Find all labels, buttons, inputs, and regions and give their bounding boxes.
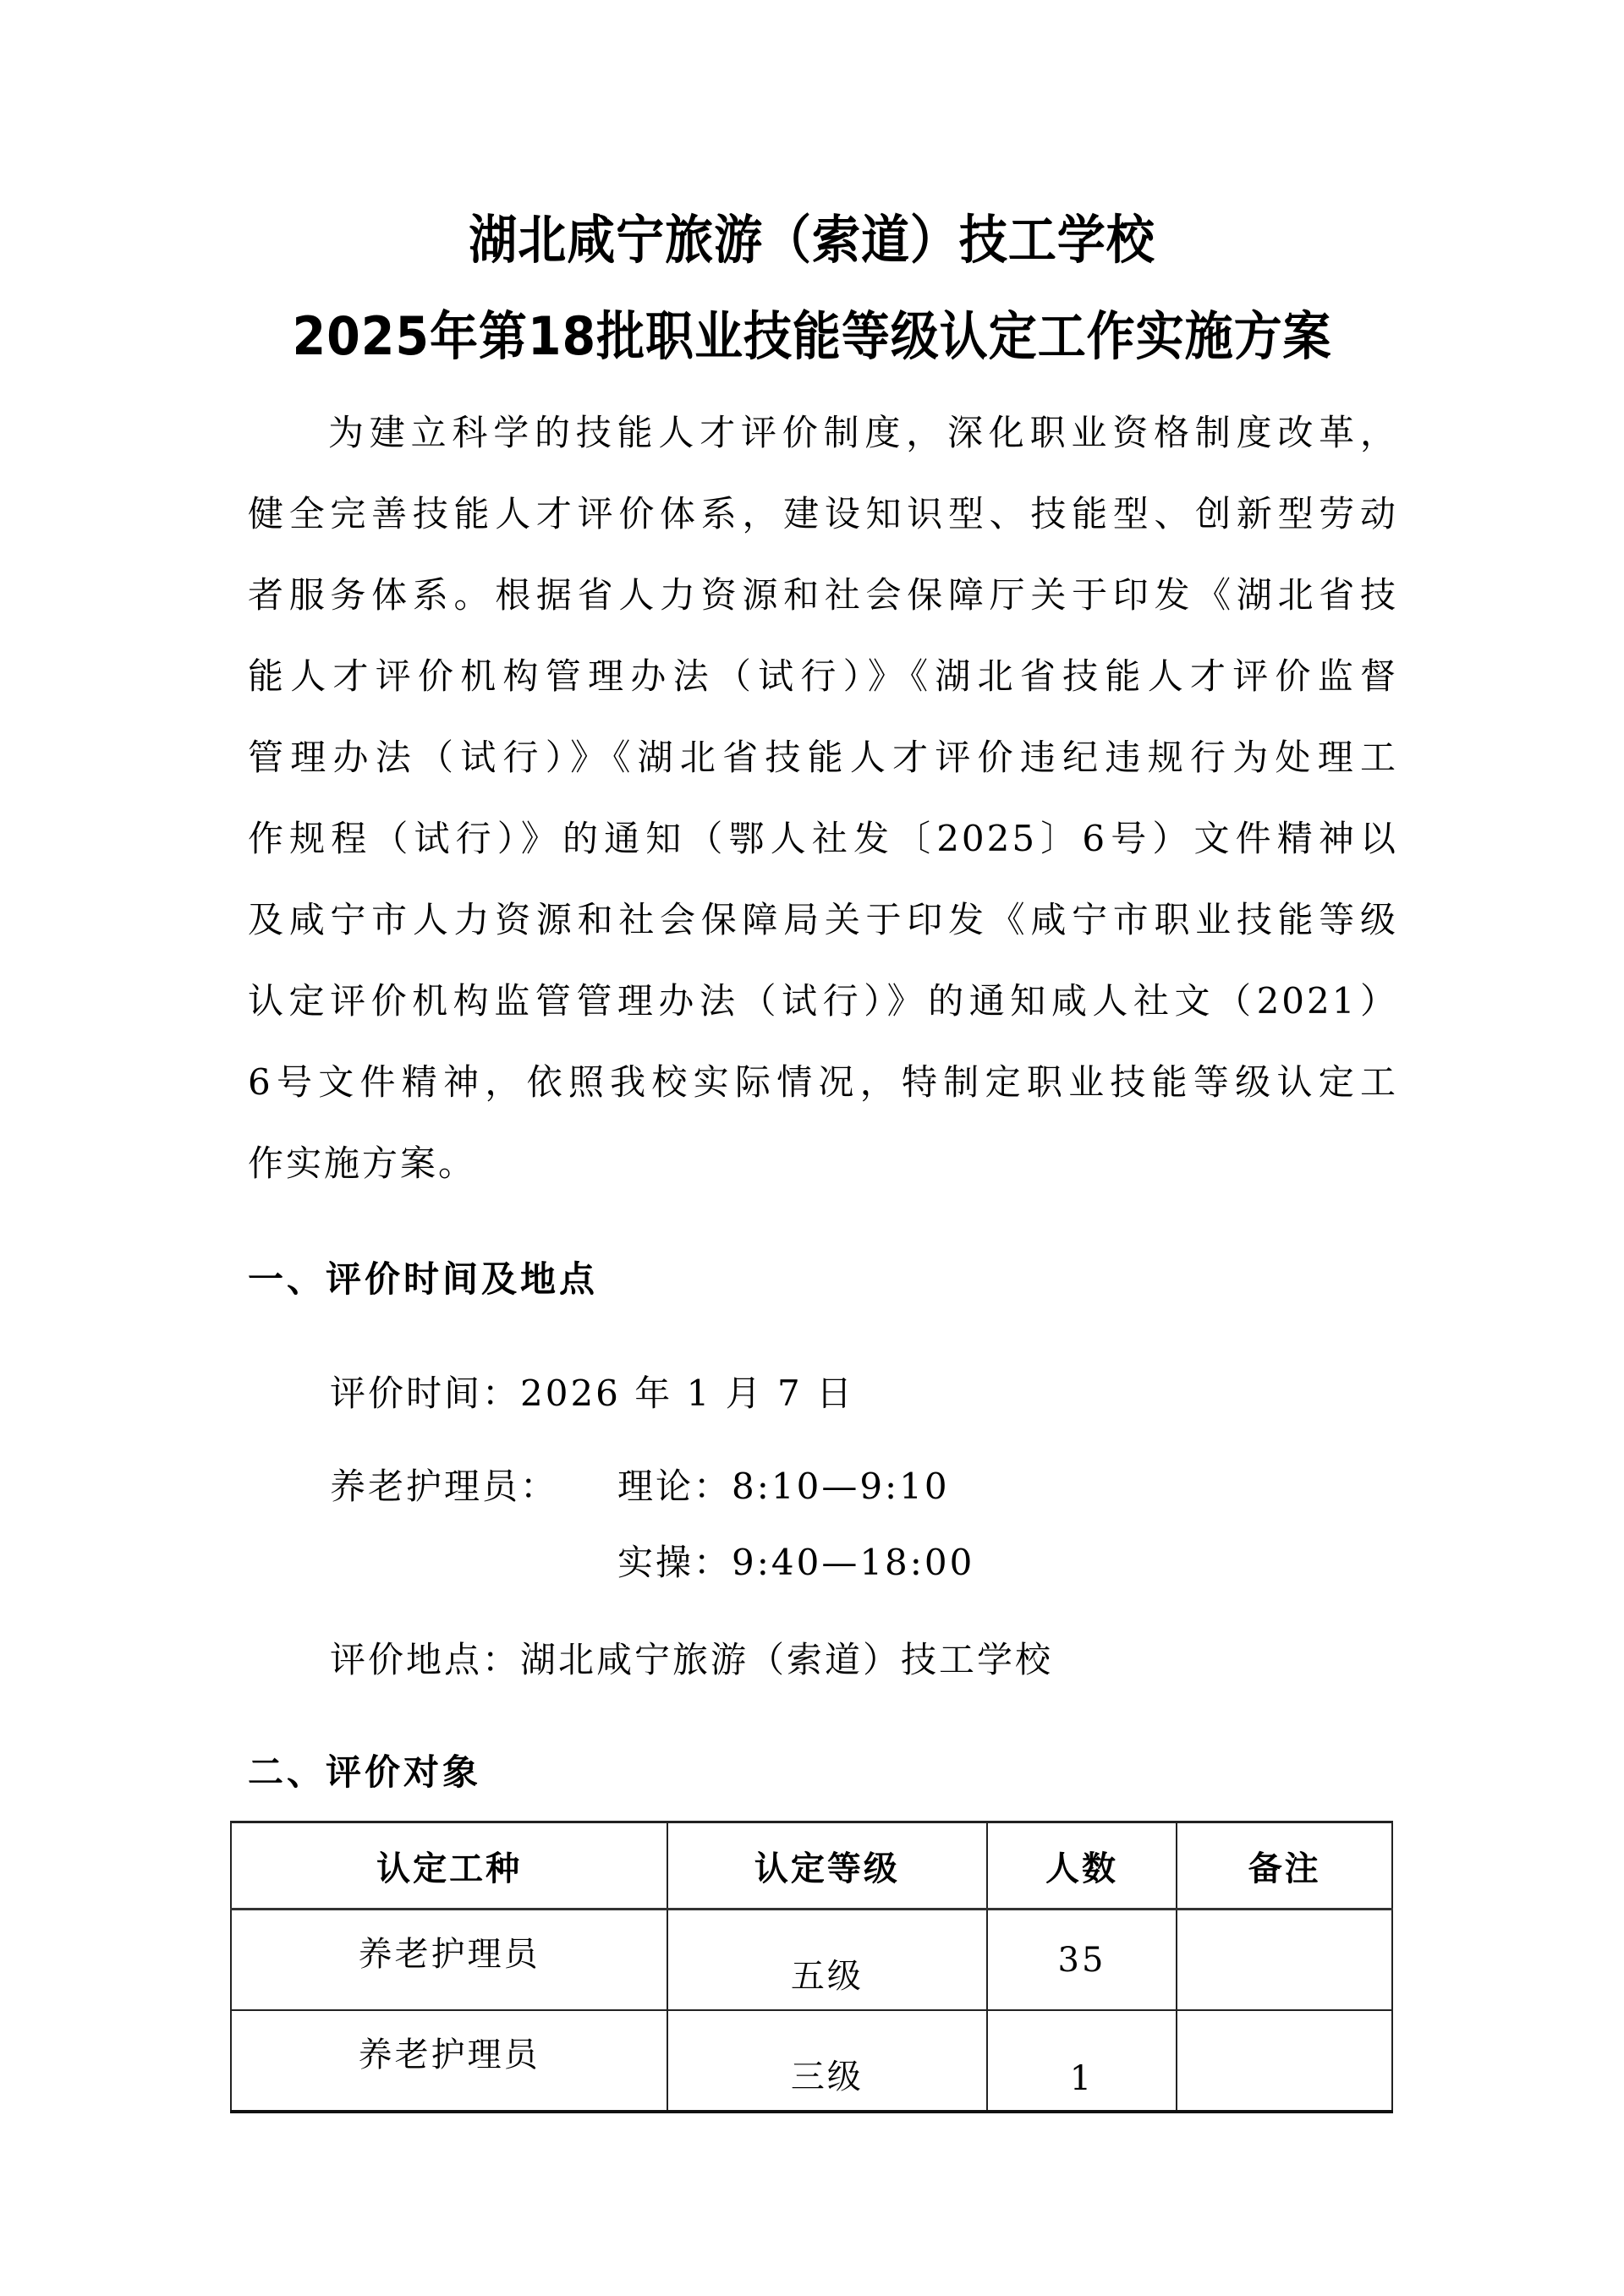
cell-count: 1 (987, 2010, 1177, 2112)
header-count: 人数 (987, 1822, 1177, 1910)
cell-occupation: 养老护理员 (231, 1910, 667, 2011)
intro-line: 者服务体系。根据省人力资源和社会保障厅关于印发《湖北省技 (248, 572, 1398, 619)
cell-level: 三级 (667, 2010, 986, 2112)
cell-remarks (1177, 2010, 1392, 2112)
intro-line: 为建立科学的技能人才评价制度，深化职业资格制度改革， (328, 409, 1398, 457)
evaluation-location: 评价地点：湖北咸宁旅游（索道）技工学校 (330, 1636, 1053, 1684)
intro-line: 6号文件精神，依照我校实际情况，特制定职业技能等级认定工 (248, 1059, 1398, 1106)
occupation-label: 养老护理员： (330, 1463, 558, 1510)
evaluation-target-table: 认定工种 认定等级 人数 备注 养老护理员 五级 35 养老护理员 三级 1 (230, 1821, 1393, 2113)
intro-line: 及咸宁市人力资源和社会保障局关于印发《咸宁市职业技能等级 (248, 896, 1398, 944)
header-remarks: 备注 (1177, 1822, 1392, 1910)
section-heading-evaluation-target: 二、评价对象 (248, 1749, 481, 1796)
cell-level: 五级 (667, 1910, 986, 2011)
table-row: 养老护理员 五级 35 (231, 1910, 1392, 2011)
cell-remarks (1177, 1910, 1392, 2011)
header-level: 认定等级 (667, 1822, 986, 1910)
intro-line: 能人才评价机构管理办法（试行）》《湖北省技能人才评价监督 (248, 653, 1398, 700)
intro-line: 认定评价机构监管管理办法（试行）》的通知咸人社文（2021） (248, 978, 1398, 1025)
intro-line: 作规程（试行）》的通知（鄂人社发〔2025〕6号）文件精神以 (248, 815, 1398, 863)
header-occupation: 认定工种 (231, 1822, 667, 1910)
intro-line: 作实施方案。 (248, 1140, 476, 1187)
table-header-row: 认定工种 认定等级 人数 备注 (231, 1822, 1392, 1910)
cell-count: 35 (987, 1910, 1177, 2011)
document-title-line1: 湖北咸宁旅游（索道）技工学校 (65, 210, 1559, 271)
evaluation-time: 评价时间：2026 年 1 月 7 日 (330, 1370, 854, 1417)
table-row: 养老护理员 三级 1 (231, 2010, 1392, 2112)
intro-line: 管理办法（试行）》《湖北省技能人才评价违纪违规行为处理工 (248, 734, 1398, 781)
section-heading-time-location: 一、评价时间及地点 (248, 1256, 598, 1303)
practice-time: 实操：9:40—18:00 (617, 1539, 974, 1586)
theory-time: 理论：8:10—9:10 (617, 1463, 950, 1510)
document-title-line2: 2025年第18批职业技能等级认定工作实施方案 (65, 306, 1559, 367)
intro-line: 健全完善技能人才评价体系，建设知识型、技能型、创新型劳动 (248, 490, 1398, 538)
cell-occupation: 养老护理员 (231, 2010, 667, 2112)
